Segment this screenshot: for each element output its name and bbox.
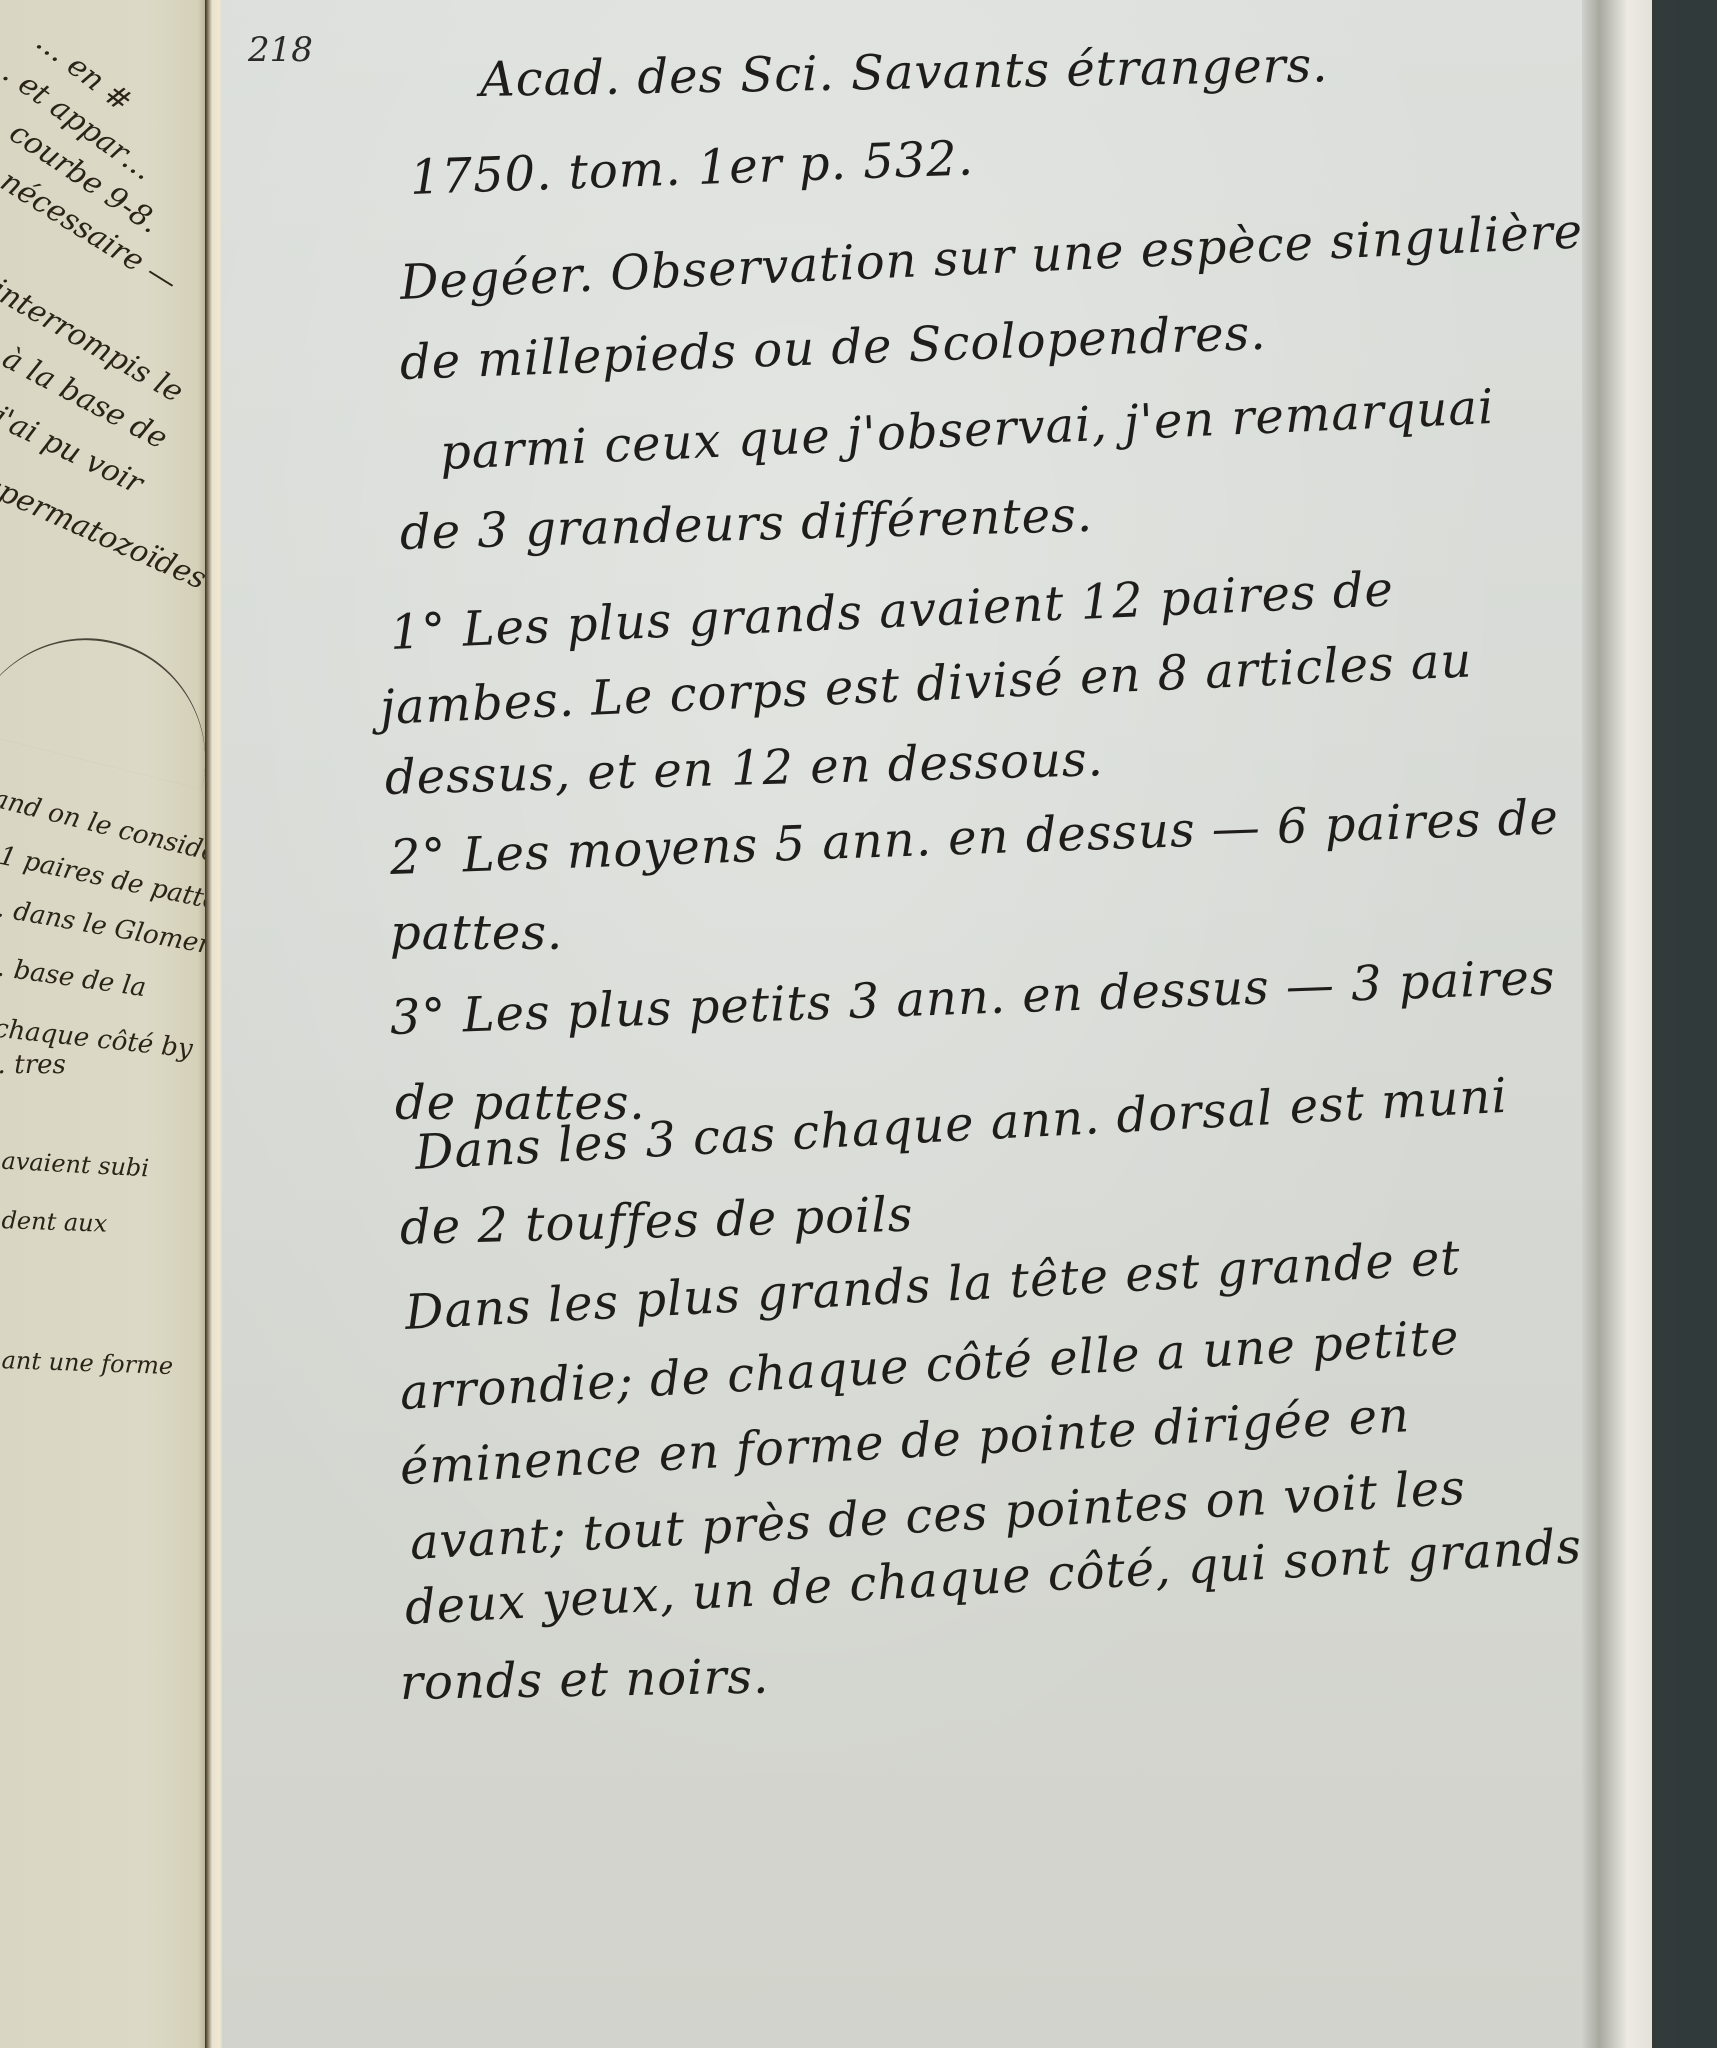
left-line: … avaient subi [0, 1145, 150, 1182]
left-line: … dent aux [0, 1205, 108, 1238]
manuscript-line: ronds et noirs. [400, 1649, 770, 1711]
page-number: 218 [248, 30, 313, 70]
page-edge-stack [1582, 0, 1652, 2048]
manuscript-line: pattes. [390, 905, 563, 961]
left-line: … base de la [0, 950, 148, 1003]
curved-rule-line [0, 613, 210, 789]
photo-scene: … en # … et appar… … courbe 9-8. … néces… [0, 0, 1717, 2048]
left-line: … ant une forme [0, 1345, 174, 1380]
left-page-fragment: … en # … et appar… … courbe 9-8. … néces… [0, 0, 210, 2048]
left-line: … tres [0, 1050, 66, 1080]
